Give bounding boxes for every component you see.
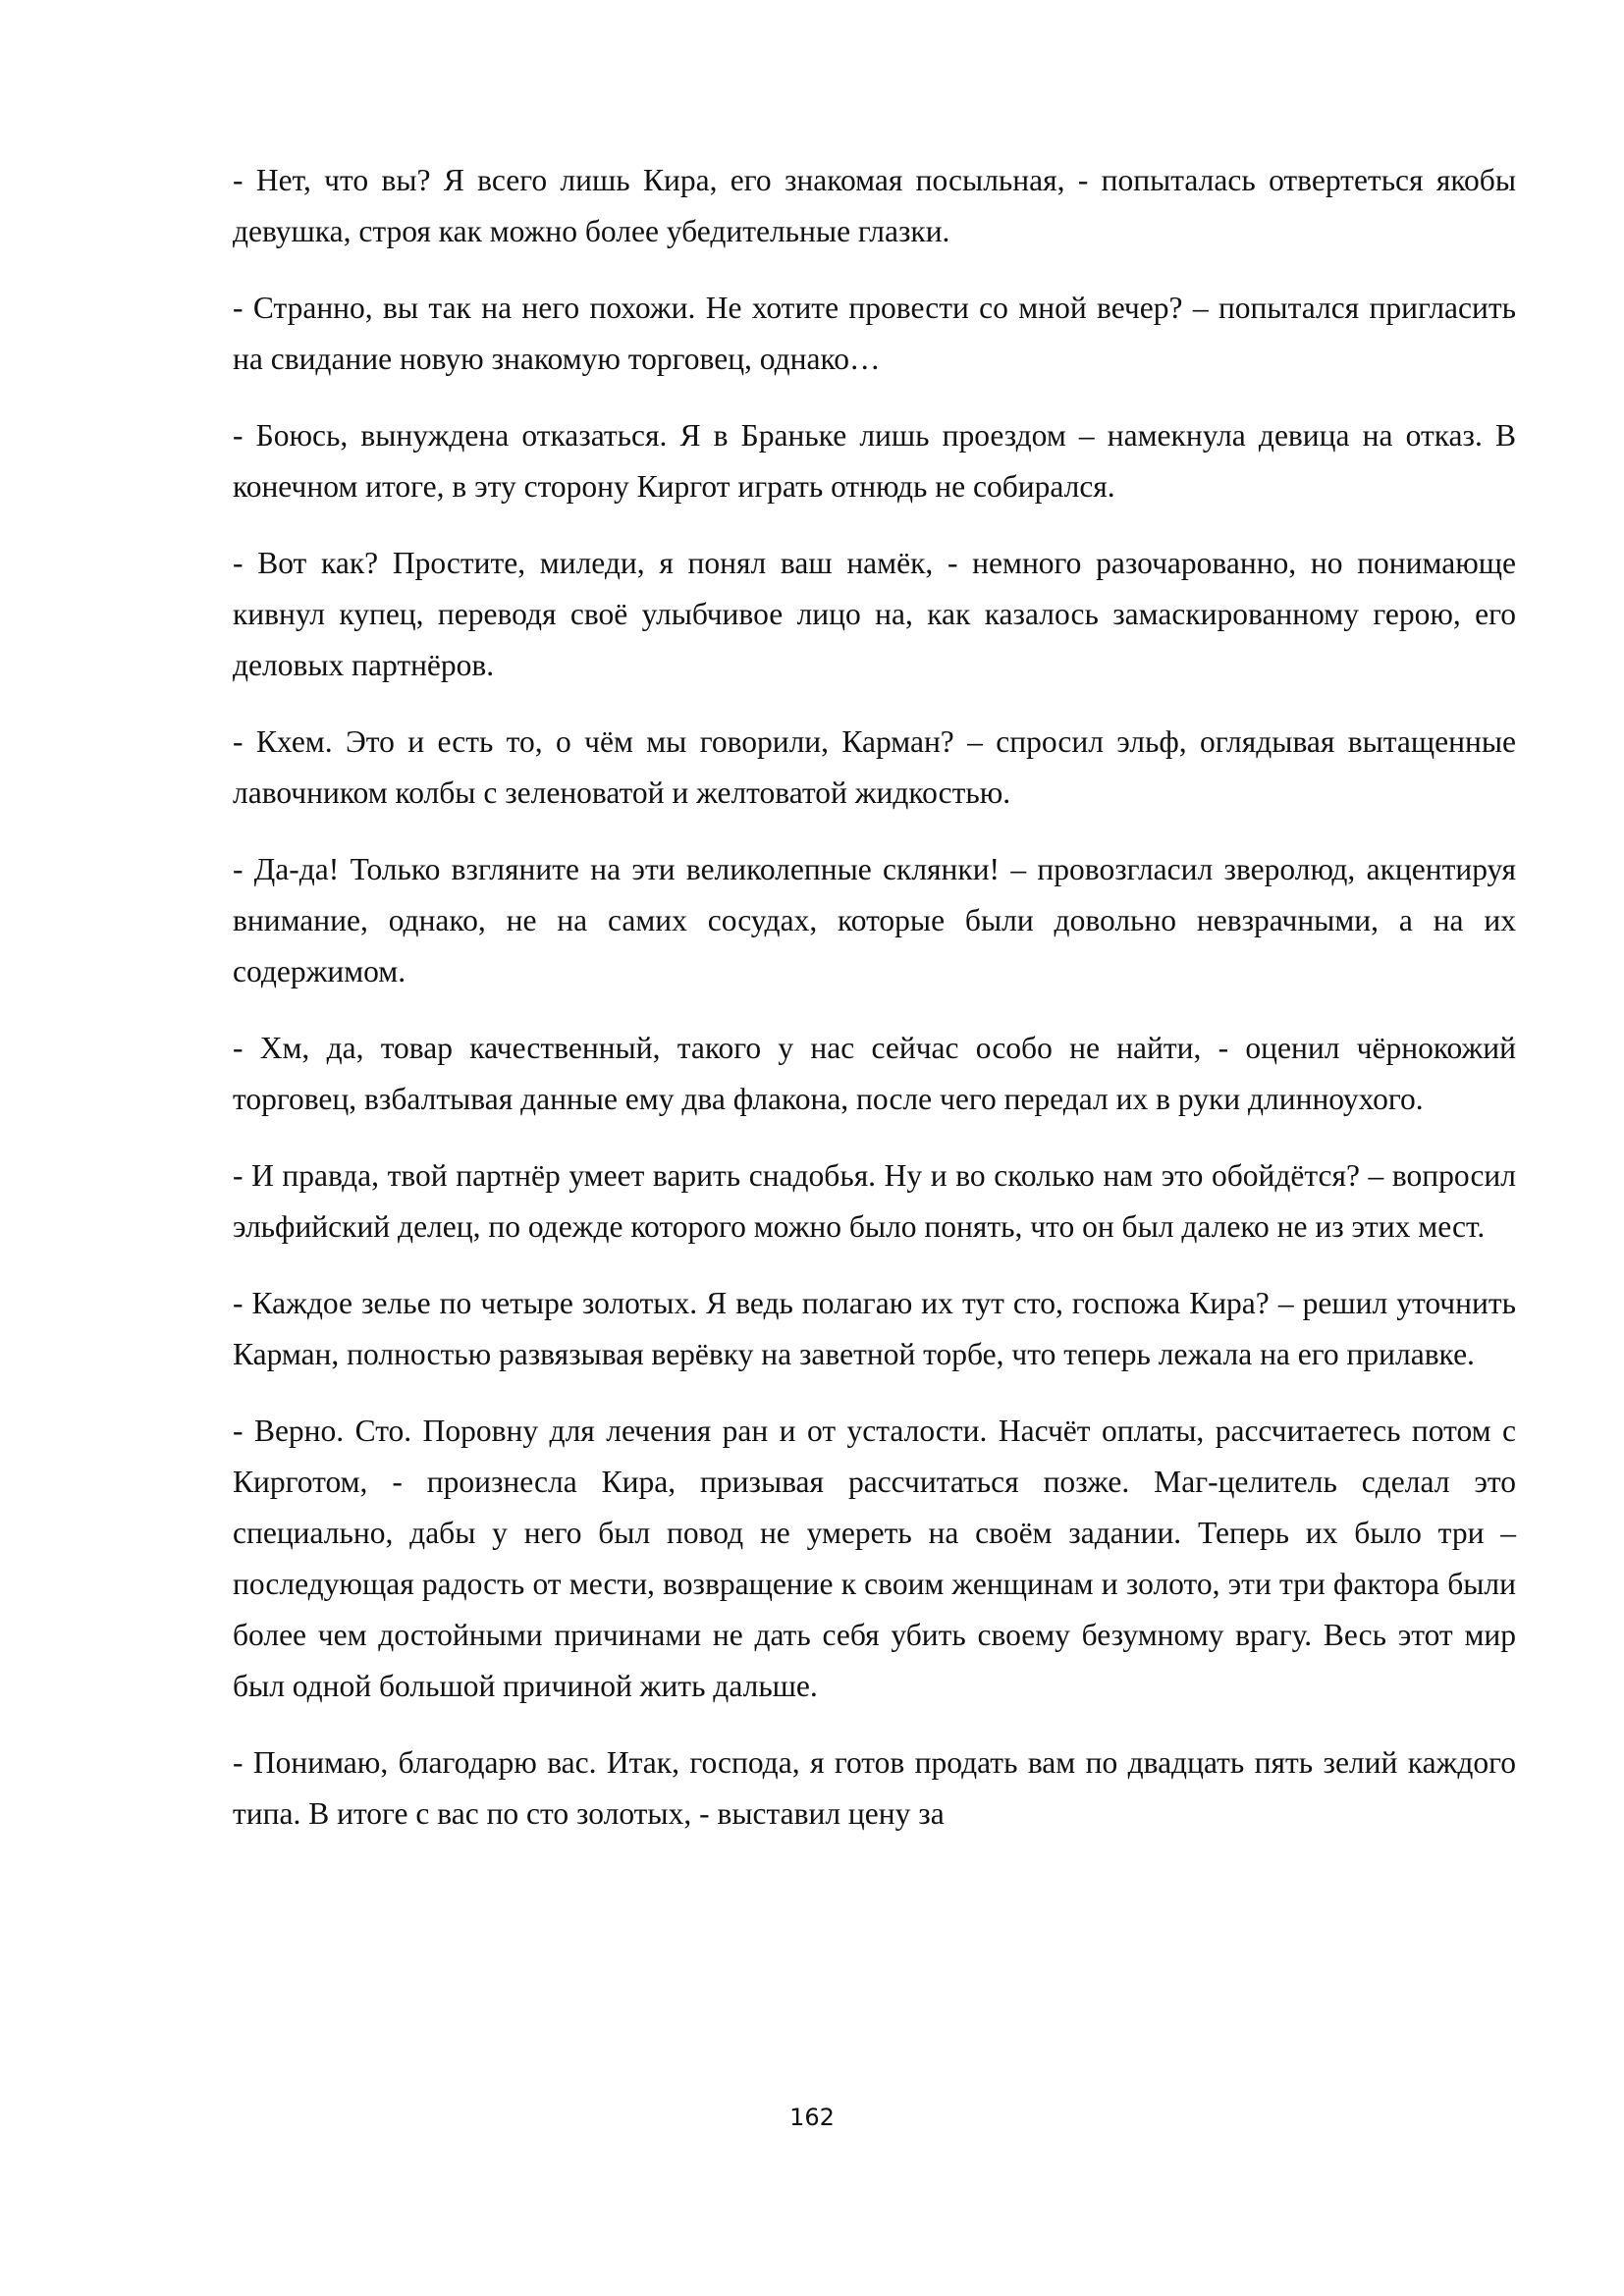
paragraph: - Понимаю, благодарю вас. Итак, господа,…	[233, 1737, 1516, 1840]
paragraph: - Кхем. Это и есть то, о чём мы говорили…	[233, 717, 1516, 819]
paragraph: - Хм, да, товар качественный, такого у н…	[233, 1023, 1516, 1125]
paragraph: - Странно, вы так на него похожи. Не хот…	[233, 283, 1516, 385]
paragraph: - Вот как? Простите, миледи, я понял ваш…	[233, 538, 1516, 691]
paragraph: - И правда, твой партнёр умеет варить сн…	[233, 1150, 1516, 1253]
paragraph: - Да-да! Только взгляните на эти великол…	[233, 844, 1516, 997]
paragraph: - Каждое зелье по четыре золотых. Я ведь…	[233, 1278, 1516, 1380]
paragraph: - Нет, что вы? Я всего лишь Кира, его зн…	[233, 155, 1516, 257]
document-page: - Нет, что вы? Я всего лишь Кира, его зн…	[0, 0, 1624, 2296]
paragraph: - Верно. Сто. Поровну для лечения ран и …	[233, 1406, 1516, 1712]
body-text: - Нет, что вы? Я всего лишь Кира, его зн…	[233, 155, 1516, 1865]
page-number: 162	[0, 2104, 1624, 2131]
paragraph: - Боюсь, вынуждена отказаться. Я в Брань…	[233, 410, 1516, 512]
